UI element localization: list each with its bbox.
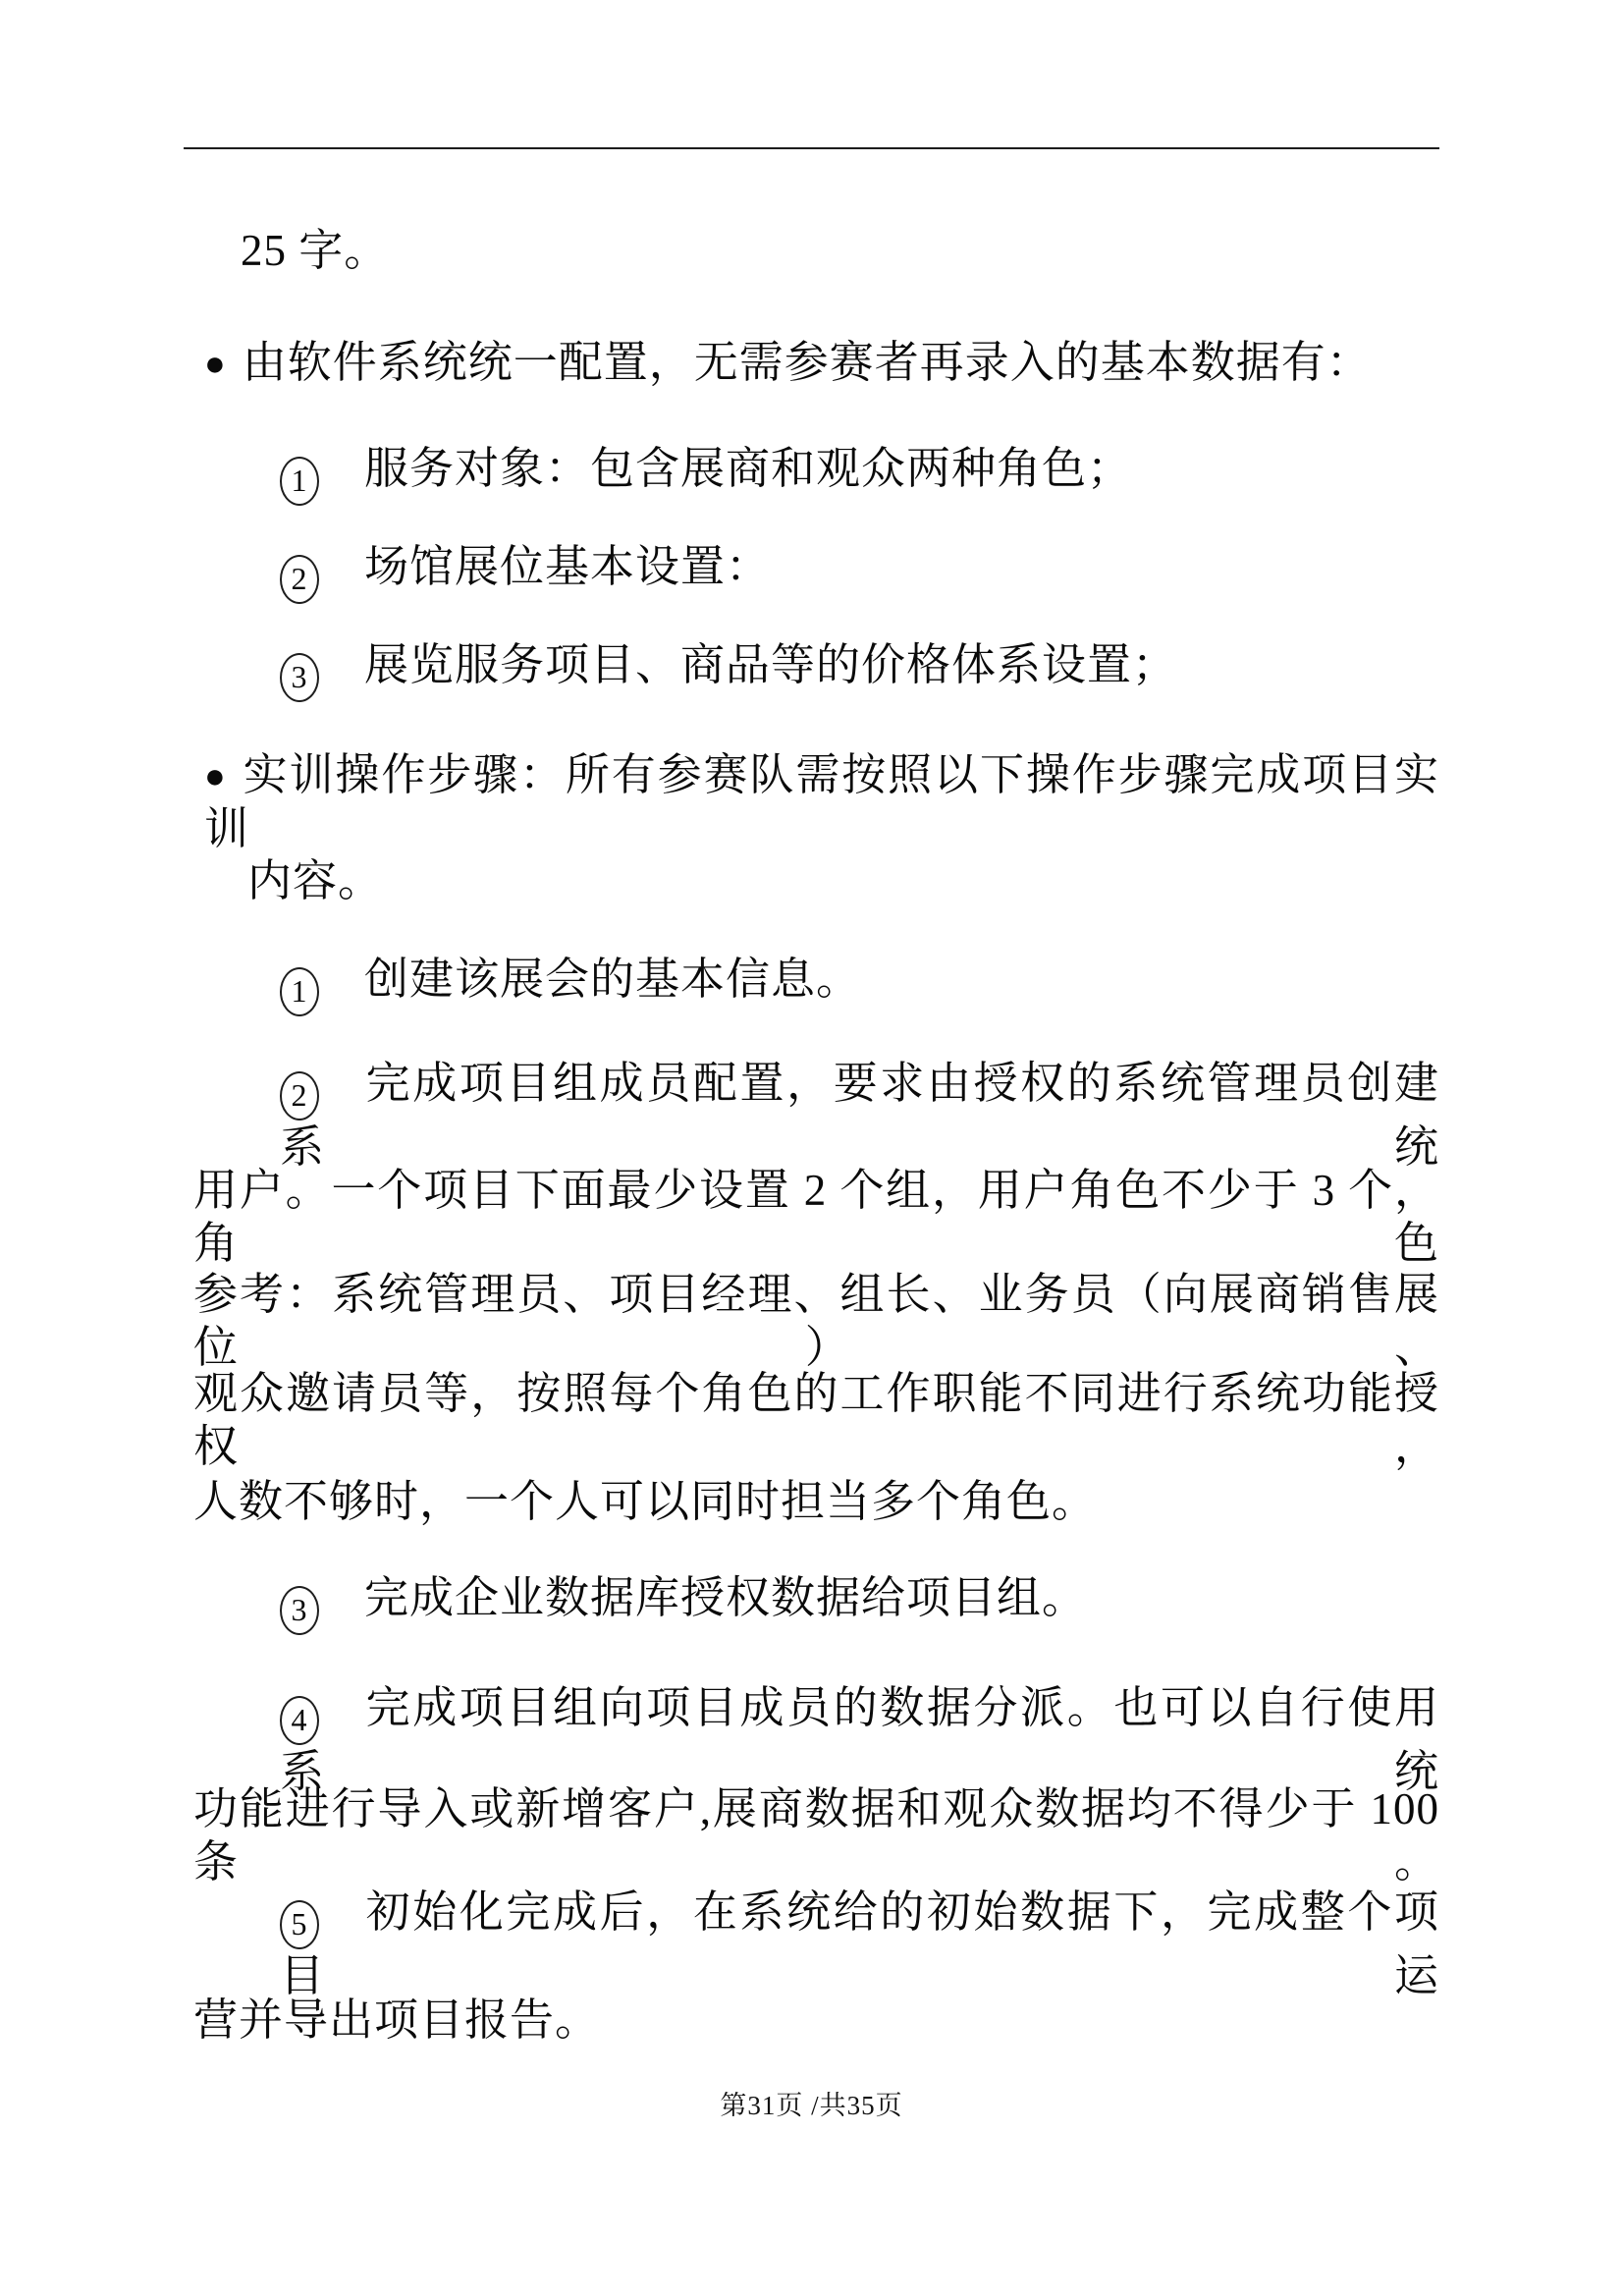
document-page: 25 字。 ●由软件系统统一配置，无需参赛者再录入的基本数据有： 1服务对象：包…: [0, 0, 1623, 2296]
body-line: 功能进行导入或新增客户,展商数据和观众数据均不得少于 100 条。: [193, 1782, 1439, 1888]
numbered-item: 2完成项目组成员配置，要求由授权的系统管理员创建系统: [280, 1057, 1439, 1174]
header-rule: [184, 147, 1439, 149]
numbered-item-text: 展览服务项目、商品等的价格体系设置；: [364, 640, 1177, 689]
circled-number: 3: [280, 653, 319, 702]
body-line: 用户。一个项目下面最少设置 2 个组，用户角色不少于 3 个，角色: [193, 1164, 1439, 1270]
numbered-item: 2场馆展位基本设置：: [280, 540, 771, 604]
numbered-item: 1服务对象：包含展商和观众两种角色；: [280, 442, 1132, 506]
numbered-item: 3完成企业数据库授权数据给项目组。: [280, 1571, 1087, 1635]
circled-number: 1: [280, 967, 319, 1016]
circled-number: 3: [280, 1586, 319, 1635]
body-line: 营并导出项目报告。: [193, 1994, 600, 2047]
numbered-item-text: 初始化完成后，在系统给的初始数据下，完成整个项目运: [280, 1887, 1439, 2000]
bullet-icon: ●: [204, 337, 227, 390]
numbered-item-text: 完成项目组成员配置，要求由授权的系统管理员创建系统: [280, 1059, 1439, 1172]
numbered-item-text: 完成项目组向项目成员的数据分派。也可以自行使用系统: [280, 1683, 1439, 1796]
numbered-item: 4完成项目组向项目成员的数据分派。也可以自行使用系统: [280, 1681, 1439, 1798]
circled-number: 4: [280, 1696, 319, 1745]
body-line: 参考：系统管理员、项目经理、组长、业务员（向展商销售展位）、: [193, 1268, 1439, 1374]
numbered-item-text: 创建该展会的基本信息。: [364, 955, 861, 1004]
circled-number: 2: [280, 1071, 319, 1121]
numbered-item-text: 完成企业数据库授权数据给项目组。: [364, 1573, 1087, 1622]
circled-number: 5: [280, 1900, 319, 1949]
body-line: 观众邀请员等，按照每个角色的工作职能不同进行系统功能授权，: [193, 1367, 1439, 1473]
body-line: 25 字。: [241, 224, 389, 277]
bullet-item: ●实训操作步骤：所有参赛队需按照以下操作步骤完成项目实训: [204, 748, 1439, 855]
numbered-item: 5初始化完成后，在系统给的初始数据下，完成整个项目运: [280, 1886, 1439, 2002]
circled-number: 2: [280, 555, 319, 604]
numbered-item-text: 服务对象：包含展商和观众两种角色；: [364, 444, 1132, 493]
body-line: 内容。: [247, 854, 383, 907]
body-line: 人数不够时，一个人可以同时担当多个角色。: [193, 1475, 1097, 1528]
circled-number: 1: [280, 457, 319, 506]
bullet-item-text: 由软件系统统一配置，无需参赛者再录入的基本数据有：: [243, 338, 1372, 387]
bullet-item: ●由软件系统统一配置，无需参赛者再录入的基本数据有：: [204, 336, 1372, 390]
bullet-item-text: 实训操作步骤：所有参赛队需按照以下操作步骤完成项目实训: [204, 750, 1439, 853]
bullet-icon: ●: [204, 749, 227, 802]
numbered-item: 3展览服务项目、商品等的价格体系设置；: [280, 638, 1177, 702]
numbered-item: 1创建该展会的基本信息。: [280, 953, 861, 1016]
page-number-indicator: 第31页 /共35页: [0, 2084, 1623, 2122]
numbered-item-text: 场馆展位基本设置：: [364, 542, 771, 591]
